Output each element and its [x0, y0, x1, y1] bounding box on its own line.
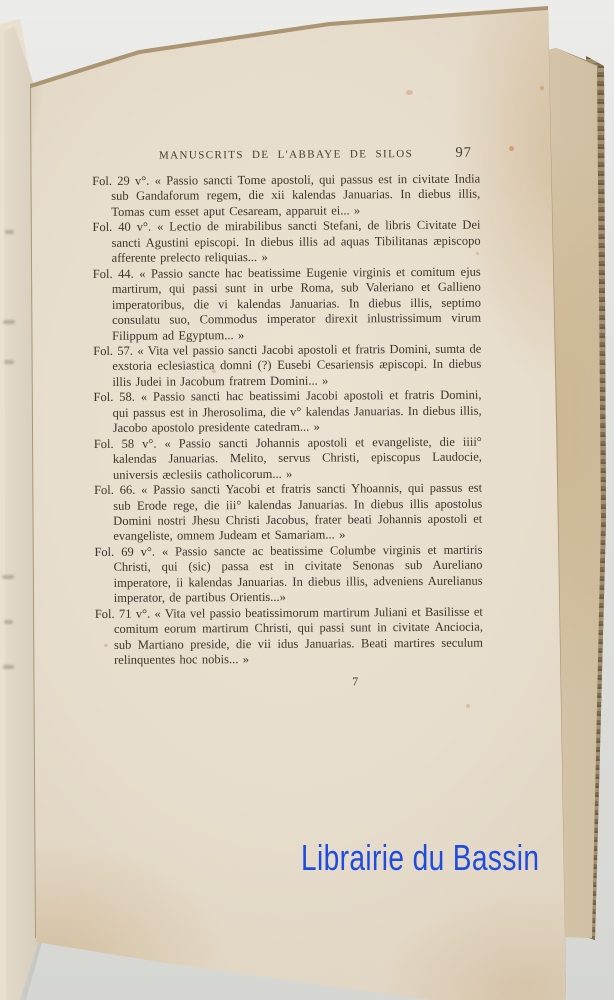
entry-text: « Passio sancte ac beatissime Columbe vi…	[114, 542, 483, 605]
book-photo: MANUSCRITS DE L'ABBAYE DE SILOS 97 Fol. …	[0, 0, 614, 1000]
foxing-spot	[540, 86, 544, 90]
entry: Fol. 57. « Vita vel passio sancti Jacobi…	[93, 342, 481, 391]
folio-ref: Fol. 57.	[93, 344, 137, 358]
signature-mark: 7	[95, 673, 483, 690]
entry-text: « Passio sancti Tome apostoli, qui passu…	[111, 172, 480, 219]
entry-text: « Passio sancti hac beatissimi Jacobi ap…	[113, 388, 482, 435]
folio-ref: Fol. 58 v°.	[94, 436, 165, 450]
foxing-spot	[466, 704, 470, 708]
entry-text: « Vita vel passio beatissimorum martirum…	[114, 604, 483, 667]
bookseller-watermark: Librairie du Bassin	[301, 837, 539, 879]
entry: Fol. 58 v°. « Passio sancti Johannis apo…	[94, 434, 482, 483]
entry-text: « Passio sancti Johannis apostoli et eva…	[113, 434, 482, 481]
entries: Fol. 29 v°. « Passio sancti Tome apostol…	[92, 172, 483, 669]
entry: Fol. 44. « Passio sancte hac beatissime …	[93, 264, 481, 344]
entry-text: « Passio sancti Yacobi et fratris sancti…	[113, 481, 482, 544]
folio-ref: Fol. 71 v°.	[95, 606, 155, 620]
entry: Fol. 29 v°. « Passio sancti Tome apostol…	[92, 172, 480, 221]
entry: Fol. 69 v°. « Passio sancte ac beatissim…	[94, 542, 482, 606]
entry-text: « Lectio de mirabilibus sancti Stefani, …	[112, 218, 481, 265]
entry: Fol. 66. « Passio sancti Yacobi et fratr…	[94, 481, 482, 545]
entry: Fol. 40 v°. « Lectio de mirabilibus sanc…	[92, 218, 480, 267]
entry: Fol. 58. « Passio sancti hac beatissimi …	[93, 388, 481, 437]
printed-text: MANUSCRITS DE L'ABBAYE DE SILOS 97 Fol. …	[92, 148, 483, 691]
folio-ref: Fol. 66.	[94, 483, 141, 497]
running-header: MANUSCRITS DE L'ABBAYE DE SILOS 97	[92, 148, 480, 162]
entry: Fol. 71 v°. « Vita vel passio beatissimo…	[95, 604, 483, 668]
foxing-spot	[509, 146, 514, 151]
entry-text: « Vita vel passio sancti Jacobi apostoli…	[112, 342, 481, 389]
entry-text: « Passio sancte hac beatissime Eugenie v…	[112, 264, 481, 342]
folio-ref: Fol. 69 v°.	[94, 544, 162, 558]
header-title: MANUSCRITS DE L'ABBAYE DE SILOS	[159, 148, 413, 162]
page-number: 97	[455, 145, 472, 162]
foxing-spot	[406, 90, 413, 95]
folio-ref: Fol. 29 v°.	[92, 174, 155, 188]
folio-ref: Fol. 44.	[93, 266, 140, 280]
folio-ref: Fol. 40 v°.	[92, 220, 157, 234]
folio-ref: Fol. 58.	[93, 390, 140, 404]
